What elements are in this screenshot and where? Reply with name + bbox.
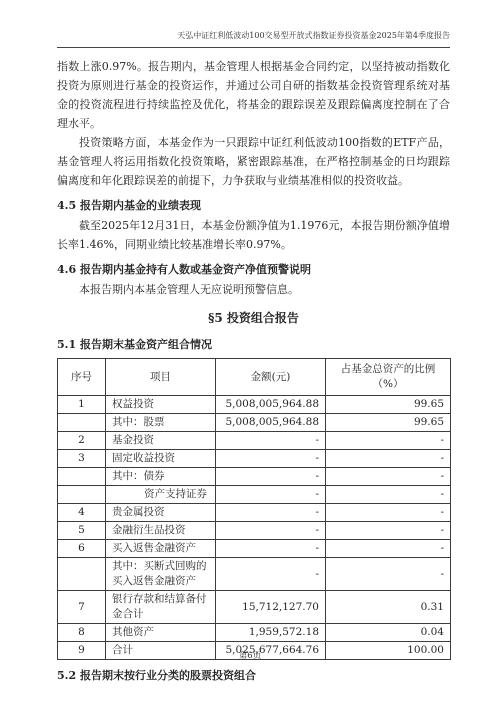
cell-amount: 1,959,572.18	[216, 624, 326, 642]
cell-seq	[58, 486, 106, 504]
cell-amount: -	[216, 558, 326, 591]
cell-seq: 7	[58, 591, 106, 624]
cell-item: 买入返售金融资产	[106, 540, 216, 558]
cell-amount: -	[216, 540, 326, 558]
cell-seq	[58, 558, 106, 591]
cell-item: 固定收益投资	[106, 450, 216, 468]
section-5-title: §5 投资组合报告	[57, 310, 450, 327]
table-row: 6买入返售金融资产--	[58, 540, 451, 558]
cell-pct: 0.31	[326, 591, 451, 624]
header-divider	[57, 47, 450, 48]
cell-amount: -	[216, 486, 326, 504]
table-row: 7银行存款和结算备付金合计15,712,127.700.31	[58, 591, 451, 624]
col-header-seq: 序号	[58, 359, 106, 396]
table-row: 4贵金属投资--	[58, 504, 451, 522]
cell-amount: 5,008,005,964.88	[216, 396, 326, 414]
col-header-pct: 占基金总资产的比例（%）	[326, 359, 451, 396]
cell-item: 其中：买断式回购的买入返售金融资产	[106, 558, 216, 591]
cell-seq: 6	[58, 540, 106, 558]
cell-amount: -	[216, 450, 326, 468]
table-row: 其中：债券--	[58, 468, 451, 486]
col-header-item: 项目	[106, 359, 216, 396]
cell-pct: -	[326, 450, 451, 468]
cell-item: 贵金属投资	[106, 504, 216, 522]
table-row: 5金融衍生品投资--	[58, 522, 451, 540]
cell-pct: 0.04	[326, 624, 451, 642]
table-row: 其中：股票5,008,005,964.8899.65	[58, 414, 451, 432]
cell-amount: -	[216, 432, 326, 450]
paragraph-4-5-performance: 截至2025年12月31日，本基金份额净值为1.1976元，本报告期份额净值增长…	[57, 216, 450, 254]
paragraph-4-6-warning: 本报告期内本基金管理人无应说明预警信息。	[57, 280, 450, 299]
report-title: 天弘中证红利低波动100交易型开放式指数证券投资基金2025年第4季度报告	[57, 30, 450, 41]
page-header: 天弘中证红利低波动100交易型开放式指数证券投资基金2025年第4季度报告	[57, 30, 450, 48]
cell-seq: 8	[58, 624, 106, 642]
cell-pct: -	[326, 432, 451, 450]
cell-amount: 15,712,127.70	[216, 591, 326, 624]
asset-composition-table: 序号 项目 金额(元) 占基金总资产的比例（%） 1权益投资5,008,005,…	[57, 358, 451, 660]
cell-item: 权益投资	[106, 396, 216, 414]
cell-amount: -	[216, 504, 326, 522]
cell-item: 其中：债券	[106, 468, 216, 486]
paragraph-investment-strategy: 投资策略方面，本基金作为一只跟踪中证红利低波动100指数的ETF产品，基金管理人…	[57, 133, 450, 190]
cell-seq: 1	[58, 396, 106, 414]
paragraph-index-review: 指数上涨0.97%。报告期内，基金管理人根据基金合同约定，以坚持被动指数化投资为…	[57, 57, 450, 133]
cell-seq: 3	[58, 450, 106, 468]
table-row: 其中：买断式回购的买入返售金融资产--	[58, 558, 451, 591]
cell-item: 其他资产	[106, 624, 216, 642]
cell-item: 资产支持证券	[106, 486, 216, 504]
heading-4-6-warning: 4.6 报告期内基金持有人数或基金资产净值预警说明	[57, 261, 450, 278]
cell-amount: -	[216, 468, 326, 486]
cell-item: 银行存款和结算备付金合计	[106, 591, 216, 624]
cell-amount: 5,008,005,964.88	[216, 414, 326, 432]
heading-5-2-industry-portfolio: 5.2 报告期末按行业分类的股票投资组合	[57, 667, 450, 684]
cell-item: 金融衍生品投资	[106, 522, 216, 540]
cell-pct: -	[326, 540, 451, 558]
cell-pct: 99.65	[326, 414, 451, 432]
cell-seq: 2	[58, 432, 106, 450]
cell-seq: 5	[58, 522, 106, 540]
cell-seq	[58, 414, 106, 432]
asset-table-header-row: 序号 项目 金额(元) 占基金总资产的比例（%）	[58, 359, 451, 396]
page-number: 第6页	[0, 649, 500, 661]
cell-pct: -	[326, 486, 451, 504]
heading-5-1-asset-composition: 5.1 报告期末基金资产组合情况	[57, 336, 450, 353]
cell-pct: -	[326, 522, 451, 540]
cell-pct: -	[326, 558, 451, 591]
cell-seq	[58, 468, 106, 486]
cell-pct: -	[326, 504, 451, 522]
heading-4-5-performance: 4.5 报告期内基金的业绩表现	[57, 197, 450, 214]
cell-seq: 4	[58, 504, 106, 522]
table-row: 3固定收益投资--	[58, 450, 451, 468]
table-row: 2基金投资--	[58, 432, 451, 450]
asset-table-body: 1权益投资5,008,005,964.8899.65其中：股票5,008,005…	[58, 396, 451, 660]
cell-amount: -	[216, 522, 326, 540]
report-page: 天弘中证红利低波动100交易型开放式指数证券投资基金2025年第4季度报告 指数…	[0, 0, 500, 707]
col-header-amount: 金额(元)	[216, 359, 326, 396]
table-row: 1权益投资5,008,005,964.8899.65	[58, 396, 451, 414]
cell-pct: 99.65	[326, 396, 451, 414]
cell-item: 其中：股票	[106, 414, 216, 432]
table-row: 资产支持证券--	[58, 486, 451, 504]
table-row: 8其他资产1,959,572.180.04	[58, 624, 451, 642]
cell-item: 基金投资	[106, 432, 216, 450]
cell-pct: -	[326, 468, 451, 486]
